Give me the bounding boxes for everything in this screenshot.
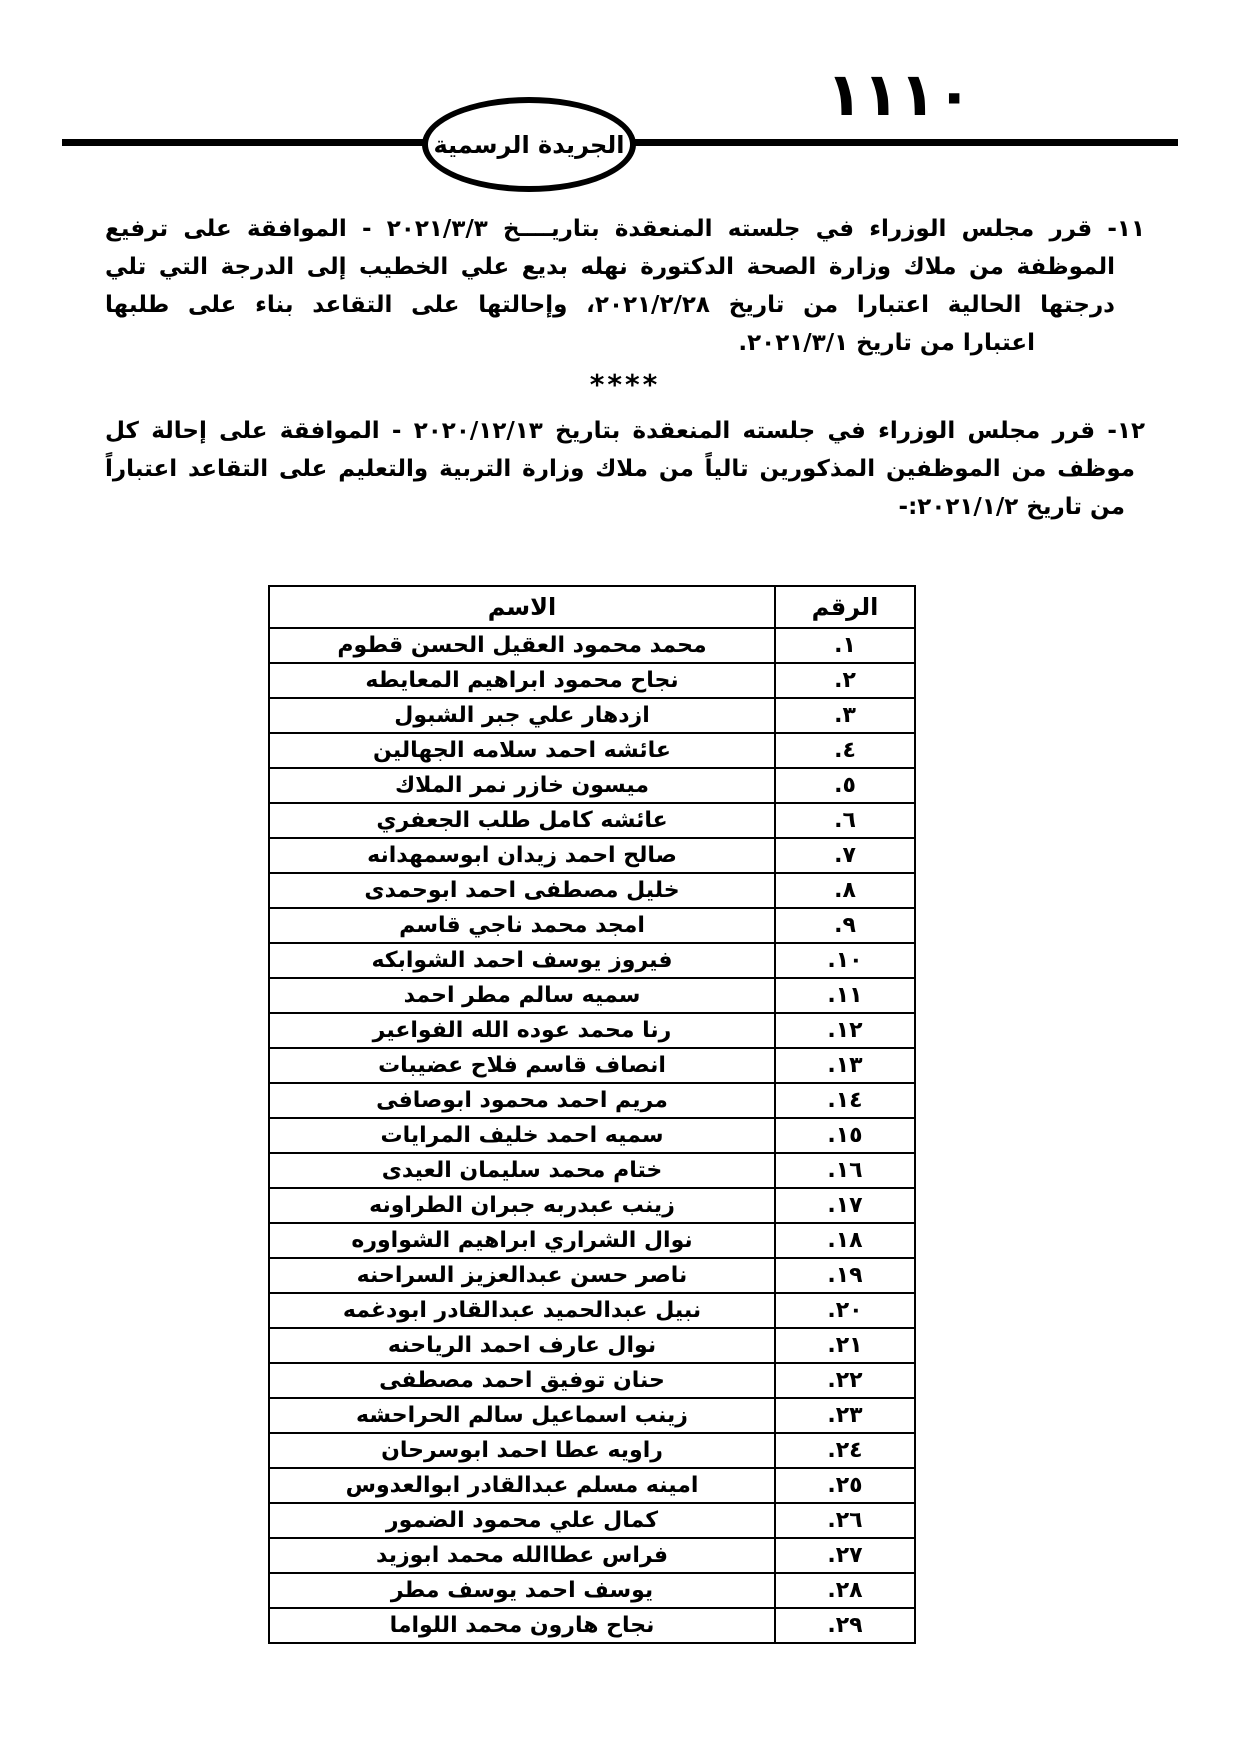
paragraph-line: موظف من الموظفين المذكورين تالياً من ملا…: [105, 450, 1145, 488]
table-row: ٢٥.امينه مسلم عبدالقادر ابوالعدوس: [269, 1468, 915, 1503]
row-name-cell: عائشه احمد سلامه الجهالين: [269, 733, 775, 768]
gazette-badge-label: الجريدة الرسمية: [433, 131, 624, 159]
table-row: ٣.ازدهار علي جبر الشبول: [269, 698, 915, 733]
page-content: ١١- قرر مجلس الوزراء في جلسته المنعقدة ب…: [105, 210, 1145, 526]
row-name-cell: نوال الشراري ابراهيم الشواوره: [269, 1223, 775, 1258]
row-number-cell: ٢٧.: [775, 1538, 915, 1573]
table-row: ٩.امجد محمد ناجي قاسم: [269, 908, 915, 943]
table-row: ١٠.فيروز يوسف احمد الشوابكه: [269, 943, 915, 978]
row-number-cell: ٢٤.: [775, 1433, 915, 1468]
table-row: ١.محمد محمود العقيل الحسن قطوم: [269, 628, 915, 663]
row-number-cell: ١٨.: [775, 1223, 915, 1258]
table-row: ١٥.سميه احمد خليف المرايات: [269, 1118, 915, 1153]
table-row: ٢١.نوال عارف احمد الرياحنه: [269, 1328, 915, 1363]
page-number: ١١١٠: [826, 60, 972, 130]
row-name-cell: زينب عبدربه جبران الطراونه: [269, 1188, 775, 1223]
row-name-cell: كمال علي محمود الضمور: [269, 1503, 775, 1538]
row-number-cell: ١٦.: [775, 1153, 915, 1188]
table-row: ٥.ميسون خازر نمر الملاك: [269, 768, 915, 803]
row-name-cell: نجاح محمود ابراهيم المعايطه: [269, 663, 775, 698]
row-name-cell: فيروز يوسف احمد الشوابكه: [269, 943, 775, 978]
row-name-cell: محمد محمود العقيل الحسن قطوم: [269, 628, 775, 663]
table-row: ٢.نجاح محمود ابراهيم المعايطه: [269, 663, 915, 698]
row-number-cell: ٢٥.: [775, 1468, 915, 1503]
table-row: ٢٦.كمال علي محمود الضمور: [269, 1503, 915, 1538]
table-row: ٨.خليل مصطفى احمد ابوحمدى: [269, 873, 915, 908]
row-name-cell: ازدهار علي جبر الشبول: [269, 698, 775, 733]
row-name-cell: امينه مسلم عبدالقادر ابوالعدوس: [269, 1468, 775, 1503]
row-number-cell: ٢٨.: [775, 1573, 915, 1608]
paragraph-line: الموظفة من ملاك وزارة الصحة الدكتورة نهل…: [105, 248, 1145, 286]
row-number-cell: ٥.: [775, 768, 915, 803]
name-column-header: الاسم: [269, 586, 775, 628]
table-row: ٢٠.نبيل عبدالحميد عبدالقادر ابودغمه: [269, 1293, 915, 1328]
row-number-cell: ٢٩.: [775, 1608, 915, 1643]
row-number-cell: ٣.: [775, 698, 915, 733]
table-row: ١٤.مريم احمد محمود ابوصافى: [269, 1083, 915, 1118]
row-name-cell: صالح احمد زيدان ابوسمهدانه: [269, 838, 775, 873]
row-name-cell: ناصر حسن عبدالعزيز السراحنه: [269, 1258, 775, 1293]
gazette-badge: الجريدة الرسمية: [422, 97, 636, 192]
table-row: ١٧.زينب عبدربه جبران الطراونه: [269, 1188, 915, 1223]
row-number-cell: ١.: [775, 628, 915, 663]
row-number-cell: ٢٦.: [775, 1503, 915, 1538]
row-name-cell: حنان توفيق احمد مصطفى: [269, 1363, 775, 1398]
row-name-cell: يوسف احمد يوسف مطر: [269, 1573, 775, 1608]
row-number-cell: ١٥.: [775, 1118, 915, 1153]
row-name-cell: نجاح هارون محمد اللواما: [269, 1608, 775, 1643]
row-number-cell: ٢٢.: [775, 1363, 915, 1398]
row-number-cell: ١٩.: [775, 1258, 915, 1293]
table-row: ١١.سميه سالم مطر احمد: [269, 978, 915, 1013]
row-number-cell: ٨.: [775, 873, 915, 908]
row-name-cell: رنا محمد عوده الله الفواعير: [269, 1013, 775, 1048]
number-column-header: الرقم: [775, 586, 915, 628]
table-row: ١٦.ختام محمد سليمان العيدى: [269, 1153, 915, 1188]
row-number-cell: ٩.: [775, 908, 915, 943]
row-name-cell: انصاف قاسم فلاح عضيبات: [269, 1048, 775, 1083]
table-header-row: الرقم الاسم: [269, 586, 915, 628]
row-name-cell: نبيل عبدالحميد عبدالقادر ابودغمه: [269, 1293, 775, 1328]
row-number-cell: ٤.: [775, 733, 915, 768]
row-number-cell: ٧.: [775, 838, 915, 873]
gazette-page: { "page": { "number": "١١١٠", "badge_lab…: [0, 0, 1241, 1755]
row-number-cell: ١٢.: [775, 1013, 915, 1048]
table-row: ٤.عائشه احمد سلامه الجهالين: [269, 733, 915, 768]
row-number-cell: ٢١.: [775, 1328, 915, 1363]
decision-item-11: ١١- قرر مجلس الوزراء في جلسته المنعقدة ب…: [105, 210, 1145, 362]
table-row: ٢٣.زينب اسماعيل سالم الحراحشه: [269, 1398, 915, 1433]
table-row: ١٩.ناصر حسن عبدالعزيز السراحنه: [269, 1258, 915, 1293]
row-number-cell: ١٠.: [775, 943, 915, 978]
row-name-cell: فراس عطاالله محمد ابوزيد: [269, 1538, 775, 1573]
row-number-cell: ٢.: [775, 663, 915, 698]
paragraph-line: درجتها الحالية اعتبارا من تاريخ ٢٠٢١/٢/٢…: [105, 286, 1145, 324]
row-name-cell: سميه سالم مطر احمد: [269, 978, 775, 1013]
row-number-cell: ١٣.: [775, 1048, 915, 1083]
paragraph-line: ١٢- قرر مجلس الوزراء في جلسته المنعقدة ب…: [105, 412, 1145, 450]
paragraph-line: اعتبارا من تاريخ ٢٠٢١/٣/١.: [105, 324, 1145, 362]
row-name-cell: نوال عارف احمد الرياحنه: [269, 1328, 775, 1363]
row-name-cell: ختام محمد سليمان العيدى: [269, 1153, 775, 1188]
table-row: ٢٩.نجاح هارون محمد اللواما: [269, 1608, 915, 1643]
row-number-cell: ٦.: [775, 803, 915, 838]
stars-separator: ****: [105, 366, 1145, 404]
row-name-cell: سميه احمد خليف المرايات: [269, 1118, 775, 1153]
table-row: ٧.صالح احمد زيدان ابوسمهدانه: [269, 838, 915, 873]
row-name-cell: زينب اسماعيل سالم الحراحشه: [269, 1398, 775, 1433]
row-name-cell: مريم احمد محمود ابوصافى: [269, 1083, 775, 1118]
retirement-roster-table: الرقم الاسم ١.محمد محمود العقيل الحسن قط…: [268, 585, 916, 1644]
row-number-cell: ١١.: [775, 978, 915, 1013]
row-number-cell: ٢٠.: [775, 1293, 915, 1328]
table-row: ٢٧.فراس عطاالله محمد ابوزيد: [269, 1538, 915, 1573]
paragraph-line: من تاريخ ٢٠٢١/١/٢:-: [105, 488, 1145, 526]
row-name-cell: ميسون خازر نمر الملاك: [269, 768, 775, 803]
row-number-cell: ١٤.: [775, 1083, 915, 1118]
decision-item-12: ١٢- قرر مجلس الوزراء في جلسته المنعقدة ب…: [105, 412, 1145, 526]
row-name-cell: راويه عطا احمد ابوسرحان: [269, 1433, 775, 1468]
table-row: ١٢.رنا محمد عوده الله الفواعير: [269, 1013, 915, 1048]
paragraph-line: ١١- قرر مجلس الوزراء في جلسته المنعقدة ب…: [105, 210, 1145, 248]
row-name-cell: خليل مصطفى احمد ابوحمدى: [269, 873, 775, 908]
table-row: ١٨.نوال الشراري ابراهيم الشواوره: [269, 1223, 915, 1258]
table-row: ١٣.انصاف قاسم فلاح عضيبات: [269, 1048, 915, 1083]
row-name-cell: امجد محمد ناجي قاسم: [269, 908, 775, 943]
table-row: ٢٢.حنان توفيق احمد مصطفى: [269, 1363, 915, 1398]
row-number-cell: ٢٣.: [775, 1398, 915, 1433]
row-number-cell: ١٧.: [775, 1188, 915, 1223]
table-row: ٢٤.راويه عطا احمد ابوسرحان: [269, 1433, 915, 1468]
row-name-cell: عائشه كامل طلب الجعفري: [269, 803, 775, 838]
table-row: ٢٨.يوسف احمد يوسف مطر: [269, 1573, 915, 1608]
table-row: ٦.عائشه كامل طلب الجعفري: [269, 803, 915, 838]
